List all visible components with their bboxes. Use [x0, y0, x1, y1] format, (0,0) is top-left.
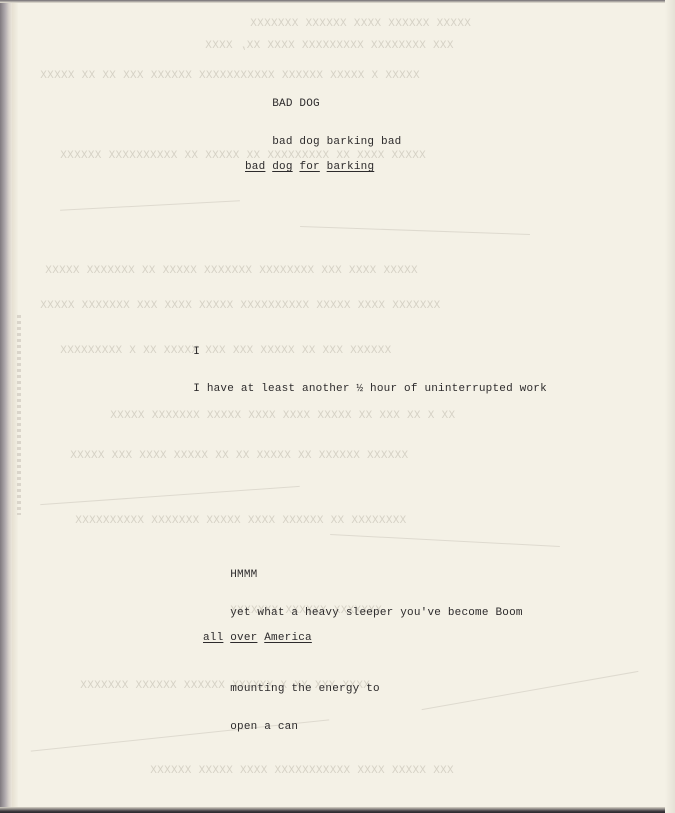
line-text: open a can	[230, 721, 298, 733]
underlined-word: barking	[327, 161, 375, 173]
underlined-word: over	[230, 632, 257, 644]
underlined-word: America	[264, 632, 312, 644]
top-edge-shadow	[0, 0, 675, 3]
poem-line: yet what a heavy sleeper you've become B…	[203, 594, 523, 633]
underlined-word: dog	[272, 161, 292, 173]
line-text: BAD DOG	[272, 98, 320, 110]
line-text: HMMM	[230, 569, 257, 581]
line-text: yet what a heavy sleeper you've become B…	[230, 607, 522, 619]
line-text: mounting the energy to	[230, 683, 380, 695]
underlined-word: bad	[245, 161, 265, 173]
poem-line: mounting the energy to	[203, 670, 380, 709]
line-text: I	[193, 346, 200, 358]
poem-line-heading-hmmm: HMMM	[203, 556, 257, 595]
right-page-edge	[665, 0, 675, 813]
underlined-word: all	[203, 632, 223, 644]
space	[320, 161, 327, 173]
line-text: bad dog barking bad	[272, 136, 401, 148]
scanned-page: XXXXX XXXXXX XXXX XXXXXX XXXXXXX XXX XXX…	[0, 0, 675, 813]
bottom-edge-shadow	[0, 807, 675, 813]
poem-line-title-bad-dog: BAD DOG	[245, 85, 320, 124]
page-binding-shadow	[0, 0, 12, 813]
line-text: I have at least another ½ hour of uninte…	[193, 383, 547, 395]
underlined-word: for	[299, 161, 319, 173]
poem-line-heading-i: I	[166, 333, 200, 372]
poem-line: I have at least another ½ hour of uninte…	[166, 370, 547, 409]
poem-line-underlined: bad dog for barking	[245, 161, 374, 174]
spine-stamp-marks	[17, 315, 21, 515]
poem-line: bad dog barking bad	[245, 123, 401, 162]
poem-line: open a can	[203, 708, 298, 747]
poem-line-underlined: all over America	[203, 632, 312, 645]
